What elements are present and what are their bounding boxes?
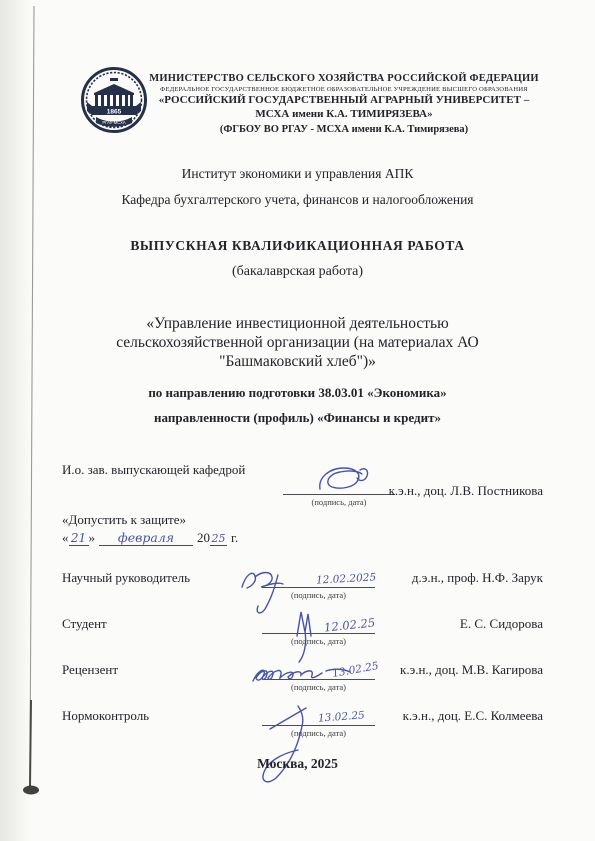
signature-name: Е. С. Сидорова — [460, 616, 543, 632]
approval-row-head: И.о. зав. выпускающей кафедрой (подпись,… — [0, 459, 595, 519]
thesis-title-line2: сельскохозяйственной организации (на мат… — [40, 334, 555, 353]
year-prefix: 20 — [197, 530, 210, 545]
signature-name: д.э.н., проф. Н.Ф. Зарук — [412, 570, 543, 586]
signature-row-student: Студент 12.02.25 (подпись, дата) Е. С. С… — [0, 616, 595, 662]
admit-line: «Допустить к защите» — [62, 512, 186, 528]
signature-row-normcontrol: Нормоконтроль 13.02.25 (подпись, дата) к… — [0, 708, 595, 754]
university-name-line2: МСХА имени К.А. ТИМИРЯЗЕВА» — [148, 108, 540, 122]
thesis-title-line3: "Башмаковский хлеб")» — [40, 353, 555, 372]
document-page: 1865 РГАУ-МСХА МИНИСТЕРСТВО СЕЛЬСКОГО ХО… — [0, 0, 595, 841]
signature-caption: (подпись, дата) — [283, 497, 395, 507]
university-abbr: (ФГБОУ ВО РГАУ - МСХА имени К.А. Тимиряз… — [148, 123, 540, 136]
city-year: Москва, 2025 — [40, 756, 555, 772]
handwritten-year: 25 — [210, 532, 227, 546]
letterhead: МИНИСТЕРСТВО СЕЛЬСКОГО ХОЗЯЙСТВА РОССИЙС… — [148, 72, 540, 136]
university-name-line1: «РОССИЙСКИЙ ГОСУДАРСТВЕННЫЙ АГРАРНЫЙ УНИ… — [148, 94, 540, 108]
ministry-line: МИНИСТЕРСТВО СЕЛЬСКОГО ХОЗЯЙСТВА РОССИЙС… — [148, 72, 540, 85]
handwritten-date: 12.02.25 — [323, 615, 375, 634]
signature-label: Рецензент — [62, 662, 118, 678]
profile-line: направленности (профиль) «Финансы и кред… — [40, 410, 555, 426]
work-subtype: (бакалаврская работа) — [40, 264, 555, 280]
signature-label: Научный руководитель — [62, 570, 190, 586]
signature-scribble — [314, 465, 372, 495]
signature-caption: (подпись, дата) — [262, 728, 375, 738]
signature-caption: (подпись, дата) — [262, 590, 375, 600]
approval-head-name: к.э.н., доц. Л.В. Постникова — [389, 483, 543, 499]
signature-label: Студент — [62, 616, 107, 632]
thesis-title: «Управление инвестиционной деятельностью… — [40, 315, 555, 372]
quote-close: » — [89, 530, 96, 545]
signature-line — [262, 633, 375, 634]
logo-year: 1865 — [107, 109, 122, 116]
work-type: ВЫПУСКНАЯ КВАЛИФИКАЦИОННАЯ РАБОТА — [40, 238, 555, 254]
signature-name: к.э.н., доц. Е.С. Колмеева — [403, 708, 543, 724]
admit-date-line: «21» февраля 2025 г. — [62, 529, 238, 547]
logo-ribbon: РГАУ-МСХА — [102, 120, 126, 125]
chair-line: Кафедра бухгалтерского учета, финансов и… — [40, 192, 555, 208]
institution-type-line: ФЕДЕРАЛЬНОЕ ГОСУДАРСТВЕННОЕ БЮДЖЕТНОЕ ОБ… — [148, 86, 540, 94]
signature-label: Нормоконтроль — [62, 708, 149, 724]
approval-head-label: И.о. зав. выпускающей кафедрой — [62, 462, 245, 478]
signature-caption: (подпись, дата) — [262, 682, 375, 692]
signature-caption: (подпись, дата) — [262, 636, 375, 646]
program-line: по направлению подготовки 38.03.01 «Экон… — [40, 385, 555, 401]
signature-name: к.э.н., доц. М.В. Кагирова — [400, 662, 543, 678]
thesis-title-line1: «Управление инвестиционной деятельностью — [40, 315, 555, 334]
university-seal-logo: 1865 РГАУ-МСХА — [80, 65, 148, 135]
year-end: г. — [231, 530, 238, 545]
handwritten-day: 21 — [69, 531, 89, 546]
institute-line: Институт экономики и управления АПК — [40, 166, 555, 182]
handwritten-month: февраля — [99, 530, 193, 546]
handwritten-date: 13.02.25 — [318, 709, 365, 724]
handwritten-date: 12.02.2025 — [316, 571, 377, 586]
